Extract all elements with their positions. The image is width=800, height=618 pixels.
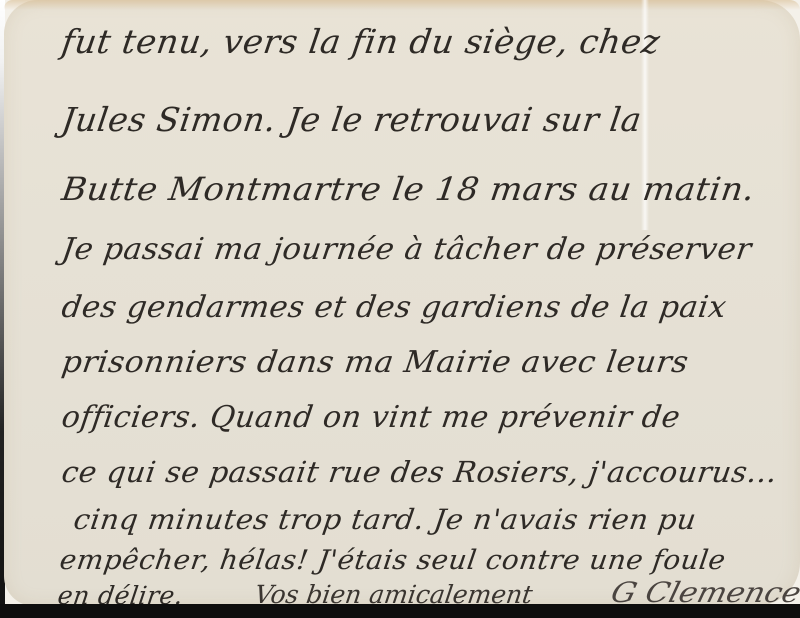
letter-line-5: des gendarmes et des gardiens de la paix [60,290,729,325]
letter-line-10: empêcher, hélas! J'étais seul contre une… [58,545,728,576]
letter-line-1: fut tenu, vers la fin du siège, chez [59,22,662,61]
letter-line-9: cinq minutes trop tard. Je n'avais rien … [72,503,699,536]
scanned-letter: fut tenu, vers la fin du siège, chez Jul… [0,0,800,618]
letter-line-7: officiers. Quand on vint me prévenir de [60,400,683,435]
letter-line-6: prisonniers dans ma Mairie avec leurs [60,345,691,380]
letter-line-2: Jules Simon. Je le retrouvai sur la [59,100,644,139]
letter-line-3: Butte Montmartre le 18 mars au matin. [59,170,757,208]
scan-bottom-shadow [0,604,800,618]
letter-line-4: Je passai ma journée à tâcher de préserv… [60,232,754,267]
letter-line-8: ce qui se passait rue des Rosiers, j'acc… [60,455,780,489]
